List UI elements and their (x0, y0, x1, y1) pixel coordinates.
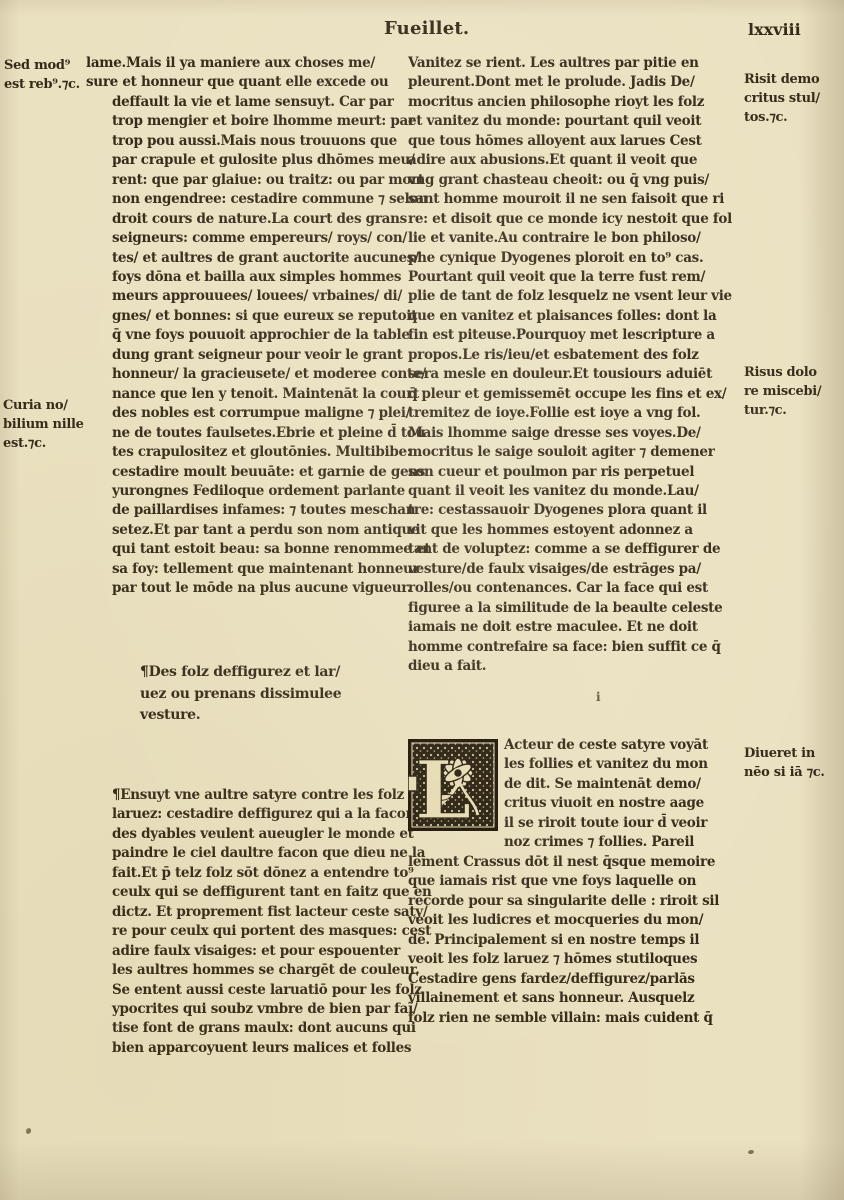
text-line: meurs approuuees/ louees/ vrbaines/ di/ (112, 287, 400, 306)
text-line: ne de toutes faulsetes.Ebrie et pleine d… (112, 424, 400, 443)
text-line: dieu a fait. (408, 657, 740, 676)
text-line: quant il veoit les vanitez du monde.Lau/ (408, 482, 740, 501)
text-line: vit que les hommes estoyent adonnez a (408, 521, 740, 540)
text-line: de. Principalement si en nostre temps il (408, 931, 740, 950)
text-line: Curia no/ (3, 396, 95, 415)
text-line: lame.Mais il ya maniere aux choses me/ (86, 54, 400, 73)
text-line: tos.⁊c. (744, 108, 842, 127)
book-page: Fueillet. lxxviii Sed mod⁹est reb⁹.⁊c. C… (0, 0, 844, 1200)
initial-letter: L (415, 743, 471, 831)
text-line: vesture/de faulx visaiges/de estrāges pa… (408, 560, 740, 579)
text-line: tes crapulositez et gloutōnies. Multibib… (112, 443, 400, 462)
text-line: que en vanitez et plaisances folles: don… (408, 307, 740, 326)
text-line: sera mesle en douleur.Et tousiours aduiē… (408, 365, 740, 384)
text-line: ¶Ensuyt vne aultre satyre contre les fol… (112, 786, 400, 805)
text-line: il se riroit toute iour d̄ veoir (504, 814, 740, 833)
text-line: propos.Le ris/ieu/et esbatement des folz (408, 346, 740, 365)
paragraph-lines: lement Crassus dōt il nest q̄sque memoir… (408, 853, 740, 1028)
text-line: de paillardises infames: ⁊ toutes mescha… (112, 501, 400, 520)
initial-wrapped-lines: Acteur de ceste satyre voyātles follies … (504, 736, 740, 853)
text-line: rolles/ou contenances. Car la face qui e… (408, 579, 740, 598)
ink-speck (748, 1150, 755, 1155)
text-line: sure et honneur que quant elle excede ou (86, 73, 400, 92)
text-line: sa foy: tellement que maintenant honneur (112, 560, 400, 579)
clasp-ornament (408, 776, 417, 791)
text-line: re: et disoit que ce monde icy nestoit q… (408, 210, 740, 229)
text-line: fait.Et p̄ telz folz sōt dōnez a entendr… (112, 864, 400, 883)
text-line: mocritus ancien philosophe rioyt les fol… (408, 93, 740, 112)
text-line: pleurent.Dont met le prolude. Jadis De/ (408, 73, 740, 92)
text-line: des dyables veulent aueugler le monde et (112, 825, 400, 844)
text-line: nēo si iā ⁊c. (744, 763, 842, 782)
text-line: tremitez de ioye.Follie est ioye a vng f… (408, 404, 740, 423)
text-line: iamais ne doit estre maculee. Et ne doit (408, 618, 740, 637)
text-line: yurongnes Fediloque ordement parlante (112, 482, 400, 501)
text-line: non engendree: cestadire commune ⁊ selon (112, 190, 400, 209)
text-line: que tous hōmes alloyent aux larues Cest (408, 132, 740, 151)
folio-number: lxxviii (748, 20, 801, 39)
text-line: son cueur et poulmon par ris perpetuel (408, 463, 740, 482)
text-line: Se entent aussi ceste laruatiō pour les … (112, 981, 400, 1000)
text-line: ceulx qui se deffigurent tant en faitz q… (112, 883, 400, 902)
text-line: homme contrefaire sa face: bien suffit c… (408, 638, 740, 657)
right-column-paragraph-2: L Acteur de ceste satyre voyātles follie… (408, 736, 740, 1028)
text-line: villainement et sans honneur. Ausquelz (408, 989, 740, 1008)
text-line: Risit demo (744, 70, 842, 89)
right-column-paragraph-1: Vanitez se rient. Les aultres par pitie … (408, 54, 740, 677)
text-line: nance que len y tenoit. Maintenāt la cou… (112, 385, 400, 404)
text-line: mocritus le saige souloit agiter ⁊ demen… (408, 443, 740, 462)
text-line: tre: cestassauoir Dyogenes plora quant i… (408, 501, 740, 520)
text-line: des nobles est corrumpue maligne ⁊ plei/ (112, 404, 400, 423)
text-line: seigneurs: comme empereurs/ roys/ con/ (112, 229, 400, 248)
text-line: setez.Et par tant a perdu son nom antiqu… (112, 521, 400, 540)
text-line: noz crimes ⁊ follies. Pareil (504, 833, 740, 852)
text-line: dung grant seigneur pour veoir le grant (112, 346, 400, 365)
ink-speck (25, 1127, 32, 1135)
text-line: sant homme mouroit il ne sen faisoit que… (408, 190, 740, 209)
text-line: qui tant estoit beau: sa bonne renommee … (112, 540, 400, 559)
text-line: adire faulx visaiges: et pour espouenter (112, 942, 400, 961)
text-line: lement Crassus dōt il nest q̄sque memoir… (408, 853, 740, 872)
decorated-initial-woodcut: L (408, 739, 498, 831)
text-line: critus viuoit en nostre aage (504, 794, 740, 813)
text-line: et vanitez du monde: pourtant quil veoit (408, 112, 740, 131)
text-line: tise font de grans maulx: dont aucuns qu… (112, 1019, 400, 1038)
text-line: droit cours de nature.La court des grans (112, 210, 400, 229)
text-line: les aultres hommes se chargēt de couleur… (112, 961, 400, 980)
text-line: tes/ et aultres de grant auctorite aucun… (112, 249, 400, 268)
text-line: re miscebi/ (744, 382, 842, 401)
text-line: veoit les ludicres et mocqueries du mon/ (408, 911, 740, 930)
text-line: paindre le ciel daultre facon que dieu n… (112, 844, 400, 863)
text-line: cestadire moult beuuāte: et garnie de ge… (112, 463, 400, 482)
text-line: Vanitez se rient. Les aultres par pitie … (408, 54, 740, 73)
text-line: laruez: cestadire deffigurez qui a la fa… (112, 805, 400, 824)
margin-note-left-1: Sed mod⁹est reb⁹.⁊c. (4, 56, 96, 94)
text-line: recorde pour sa singularite delle : riro… (408, 892, 740, 911)
text-line: que iamais rist que vne foys laquelle on (408, 872, 740, 891)
text-line: Risus dolo (744, 363, 842, 382)
text-line: dictz. Et proprement fist lacteur ceste … (112, 903, 400, 922)
text-line: est.⁊c. (3, 434, 95, 453)
text-line: les follies et vanitez du mon (504, 755, 740, 774)
text-line: de dit. Se maintenāt demo/ (504, 775, 740, 794)
text-line: Cestadire gens fardez/deffigurez/parlās (408, 970, 740, 989)
left-column-paragraph-2: ¶Ensuyt vne aultre satyre contre les fol… (112, 786, 400, 1058)
margin-note-right-3: Diueret innēo si iā ⁊c. (744, 744, 842, 782)
text-line: tur.⁊c. (744, 401, 842, 420)
margin-note-right-2: Risus dolore miscebi/tur.⁊c. (744, 363, 842, 420)
text-line: q̄ vne foys pouuoit approchier de la tab… (112, 326, 400, 345)
text-line: folz rien ne semble villain: mais cuiden… (408, 1009, 740, 1028)
text-line: veoit les folz laruez ⁊ hōmes stutiloque… (408, 950, 740, 969)
text-line: Mais lhomme saige dresse ses voyes.De/ (408, 424, 740, 443)
text-line: q̄ pleur et gemissemēt occupe les fins e… (408, 385, 740, 404)
text-line: Diueret in (744, 744, 842, 763)
left-column-paragraph-1: lame.Mais il ya maniere aux choses me/su… (112, 54, 400, 599)
text-line: re pour ceulx qui portent des masques: c… (112, 922, 400, 941)
text-line: trop pou aussi.Mais nous trouuons que (112, 132, 400, 151)
text-line: figuree a la similitude de la beaulte ce… (408, 599, 740, 618)
margin-note-left-2: Curia no/bilium nilleest.⁊c. (3, 396, 95, 453)
text-line: par crapule et gulosite plus dhōmes meu/ (112, 151, 400, 170)
text-line: gnes/ et bonnes: si que eureux se reputo… (112, 307, 400, 326)
text-line: Pourtant quil veoit que la terre fust re… (408, 268, 740, 287)
section-heading: ¶Des folz deffigurez et lar/uez ou prena… (140, 662, 400, 727)
text-line: bilium nille (3, 415, 95, 434)
text-line: plie de tant de folz lesquelz ne vsent l… (408, 287, 740, 306)
text-line: adire aux abusions.Et quant il veoit que (408, 151, 740, 170)
text-line: Sed mod⁹ (4, 56, 96, 75)
text-line: ypocrites qui soubz vmbre de bien par fa… (112, 1000, 400, 1019)
running-header: Fueillet. (384, 18, 469, 39)
text-line: ¶Des folz deffigurez et lar/ (140, 662, 400, 684)
text-line: rent: que par glaiue: ou traitz: ou par … (112, 171, 400, 190)
margin-note-right-1: Risit democritus stul/tos.⁊c. (744, 70, 842, 127)
text-line: par tout le mōde na plus aucune vigueur. (112, 579, 400, 598)
text-line: tant de voluptez: comme a se deffigurer … (408, 540, 740, 559)
text-line: Acteur de ceste satyre voyāt (504, 736, 740, 755)
text-line: lie et vanite.Au contraire le bon philos… (408, 229, 740, 248)
text-line: foys dōna et bailla aux simples hommes (112, 268, 400, 287)
text-line: fin est piteuse.Pourquoy met lescripture… (408, 326, 740, 345)
text-line: est reb⁹.⁊c. (4, 75, 96, 94)
text-line: uez ou prenans dissimulee (140, 684, 400, 706)
text-line: bien apparcoyuent leurs malices et folle… (112, 1039, 400, 1058)
text-line: deffault la vie et lame sensuyt. Car par (112, 93, 400, 112)
text-line: critus stul/ (744, 89, 842, 108)
stray-ink-mark: i (596, 690, 601, 704)
text-line: honneur/ la gracieusete/ et moderee cont… (112, 365, 400, 384)
text-line: vesture. (140, 705, 400, 727)
text-line: trop mengier et boire lhomme meurt: par (112, 112, 400, 131)
text-line: phe cynique Dyogenes ploroit en to⁹ cas. (408, 249, 740, 268)
text-line: vng grant chasteau cheoit: ou q̄ vng pui… (408, 171, 740, 190)
